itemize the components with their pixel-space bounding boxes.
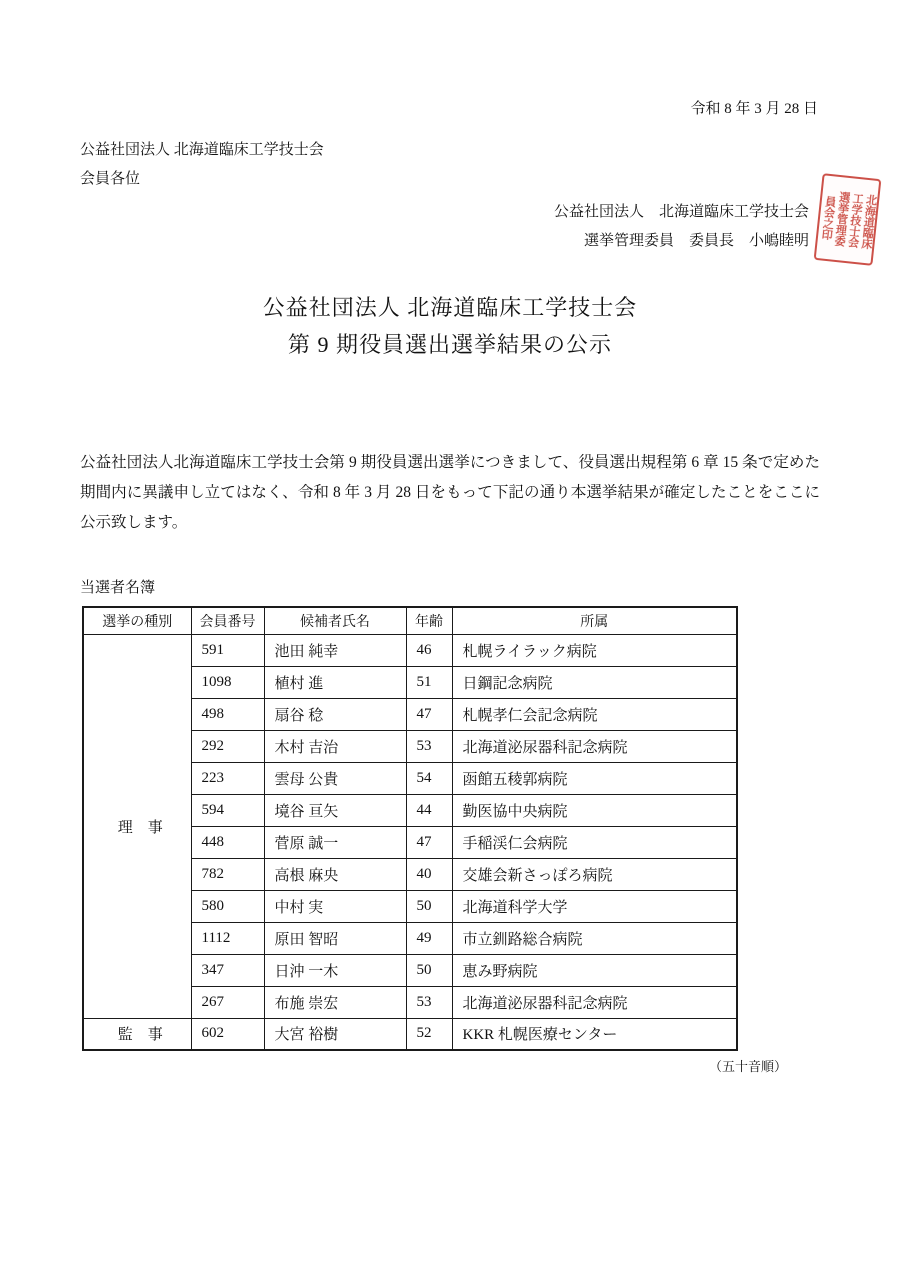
col-header-election-type: 選挙の種別 <box>83 607 191 634</box>
cell-org: KKR 札幌医療センター <box>452 1018 737 1050</box>
cell-org: 勤医協中央病院 <box>452 794 737 826</box>
body-paragraph: 公益社団法人北海道臨床工学技士会第 9 期役員選出選挙につきまして、役員選出規程… <box>80 448 820 538</box>
cell-age: 44 <box>406 794 452 826</box>
cell-member-no: 1112 <box>191 922 264 954</box>
cell-name: 池田 純幸 <box>264 634 406 666</box>
group-label-auditor: 監 事 <box>83 1018 191 1050</box>
cell-age: 50 <box>406 890 452 922</box>
cell-org: 函館五稜郭病院 <box>452 762 737 794</box>
cell-name: 境谷 亘矢 <box>264 794 406 826</box>
cell-member-no: 498 <box>191 698 264 730</box>
table-header-row: 選挙の種別 会員番号 候補者氏名 年齢 所属 <box>83 607 737 634</box>
cell-member-no: 594 <box>191 794 264 826</box>
recipient-salutation: 会員各位 <box>80 165 900 194</box>
cell-name: 菅原 誠一 <box>264 826 406 858</box>
cell-name: 日沖 一木 <box>264 954 406 986</box>
col-header-candidate-name: 候補者氏名 <box>264 607 406 634</box>
document-page: 令和 8 年 3 月 28 日 公益社団法人 北海道臨床工学技士会 会員各位 公… <box>0 0 900 1273</box>
cell-member-no: 292 <box>191 730 264 762</box>
cell-name: 中村 実 <box>264 890 406 922</box>
cell-name: 布施 崇宏 <box>264 986 406 1018</box>
col-header-member-no: 会員番号 <box>191 607 264 634</box>
winners-table: 選挙の種別 会員番号 候補者氏名 年齢 所属 理 事 591 池田 純幸 46 … <box>82 606 738 1051</box>
official-seal-stamp: 北海道臨床 工学技士会 選挙管理委 員会之印 <box>814 173 882 266</box>
cell-member-no: 580 <box>191 890 264 922</box>
document-title: 公益社団法人 北海道臨床工学技士会 第 9 期役員選出選挙結果の公示 <box>0 289 900 363</box>
cell-member-no: 267 <box>191 986 264 1018</box>
cell-member-no: 347 <box>191 954 264 986</box>
cell-age: 54 <box>406 762 452 794</box>
cell-org: 日鋼記念病院 <box>452 666 737 698</box>
sender-org: 公益社団法人 北海道臨床工学技士会 <box>0 198 809 227</box>
cell-member-no: 223 <box>191 762 264 794</box>
cell-org: 手稲渓仁会病院 <box>452 826 737 858</box>
cell-age: 47 <box>406 826 452 858</box>
table-caption: 当選者名簿 <box>80 577 900 599</box>
cell-org: 交雄会新さっぽろ病院 <box>452 858 737 890</box>
cell-name: 原田 智昭 <box>264 922 406 954</box>
table-row: 監 事 602 大宮 裕樹 52 KKR 札幌医療センター <box>83 1018 737 1050</box>
col-header-age: 年齢 <box>406 607 452 634</box>
cell-age: 47 <box>406 698 452 730</box>
cell-age: 46 <box>406 634 452 666</box>
cell-member-no: 591 <box>191 634 264 666</box>
cell-org: 恵み野病院 <box>452 954 737 986</box>
group-label-director: 理 事 <box>83 634 191 1018</box>
cell-org: 市立釧路総合病院 <box>452 922 737 954</box>
cell-org: 札幌ライラック病院 <box>452 634 737 666</box>
cell-age: 53 <box>406 730 452 762</box>
col-header-affiliation: 所属 <box>452 607 737 634</box>
cell-name: 高根 麻央 <box>264 858 406 890</box>
document-title-line2: 第 9 期役員選出選挙結果の公示 <box>0 326 900 363</box>
cell-age: 40 <box>406 858 452 890</box>
sender-block: 公益社団法人 北海道臨床工学技士会 選挙管理委員 委員長 小嶋睦明 <box>0 198 809 256</box>
cell-org: 北海道泌尿器科記念病院 <box>452 730 737 762</box>
cell-org: 北海道科学大学 <box>452 890 737 922</box>
cell-name: 植村 進 <box>264 666 406 698</box>
document-title-line1: 公益社団法人 北海道臨床工学技士会 <box>0 289 900 326</box>
date-line: 令和 8 年 3 月 28 日 <box>0 98 818 120</box>
cell-member-no: 448 <box>191 826 264 858</box>
cell-age: 53 <box>406 986 452 1018</box>
cell-name: 大宮 裕樹 <box>264 1018 406 1050</box>
cell-name: 扇谷 稔 <box>264 698 406 730</box>
cell-member-no: 602 <box>191 1018 264 1050</box>
cell-age: 52 <box>406 1018 452 1050</box>
recipient-block: 公益社団法人 北海道臨床工学技士会 会員各位 <box>80 136 900 194</box>
cell-org: 札幌孝仁会記念病院 <box>452 698 737 730</box>
cell-age: 51 <box>406 666 452 698</box>
cell-org: 北海道泌尿器科記念病院 <box>452 986 737 1018</box>
cell-age: 49 <box>406 922 452 954</box>
recipient-org: 公益社団法人 北海道臨床工学技士会 <box>80 136 900 165</box>
cell-name: 雲母 公貴 <box>264 762 406 794</box>
cell-member-no: 1098 <box>191 666 264 698</box>
cell-member-no: 782 <box>191 858 264 890</box>
table-row: 理 事 591 池田 純幸 46 札幌ライラック病院 <box>83 634 737 666</box>
sender-title-name: 選挙管理委員 委員長 小嶋睦明 <box>0 227 809 256</box>
sort-order-note: （五十音順） <box>0 1058 787 1076</box>
cell-age: 50 <box>406 954 452 986</box>
cell-name: 木村 吉治 <box>264 730 406 762</box>
